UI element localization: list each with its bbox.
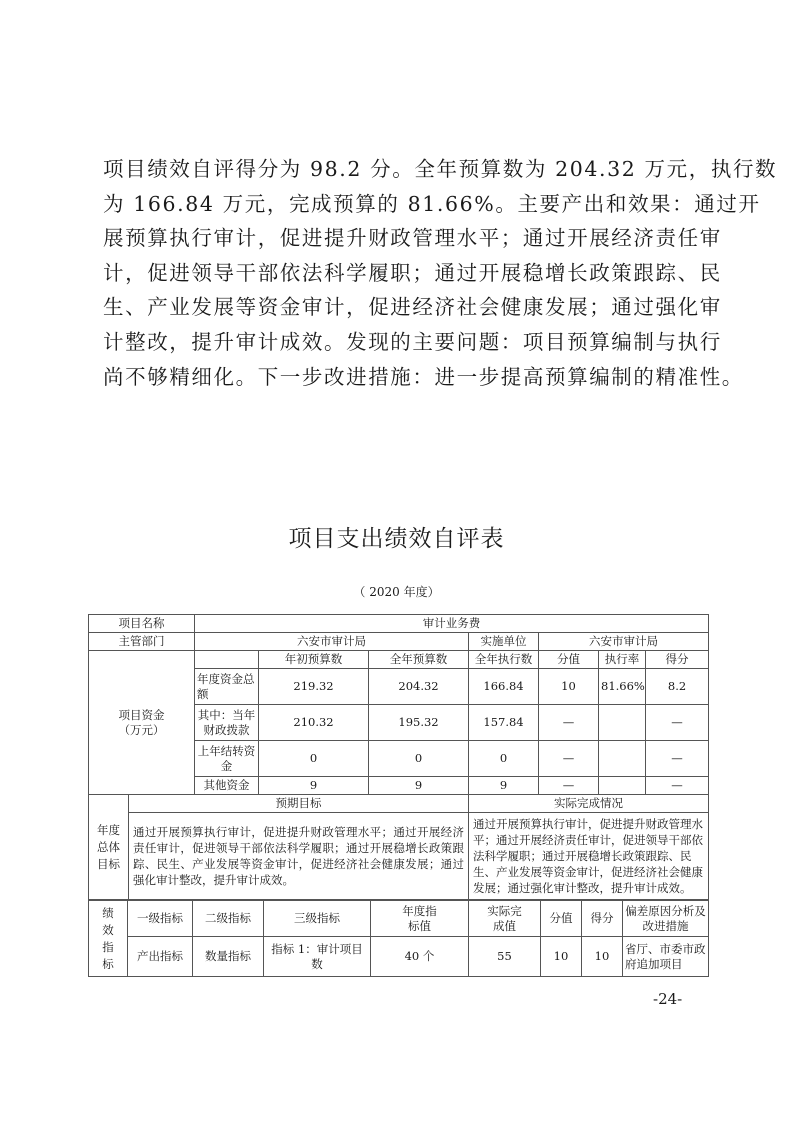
indicator-header: 分值	[541, 901, 582, 937]
fund-score-value: —	[539, 741, 599, 777]
actual-label: 实际完成情况	[469, 795, 709, 813]
indicator-level2: 数量指标	[193, 937, 264, 977]
indicator-note: 省厅、市委市政府追加项目	[623, 937, 709, 977]
fund-annual: 204.32	[369, 669, 469, 705]
fund-score: —	[646, 705, 709, 741]
summary-line: 计，促进领导干部依法科学履职；通过开展稳增长政策跟踪、民	[103, 256, 699, 291]
indicator-header: 二级指标	[193, 901, 264, 937]
fund-score: 8.2	[646, 669, 709, 705]
summary-line: 计整改，提升审计成效。发现的主要问题：项目预算编制与执行	[103, 325, 699, 360]
fund-row-label: 其中：当年财政拨款	[195, 705, 259, 741]
indicator-table: 绩效指标 一级指标 二级指标 三级指标 年度指标值 实际完成值 分值 得分 偏差…	[88, 900, 709, 977]
fund-executed: 9	[469, 777, 539, 795]
dept-value: 六安市审计局	[195, 633, 469, 651]
project-name-value: 审计业务费	[195, 615, 709, 633]
indicator-level3: 指标 1：审计项目数	[264, 937, 371, 977]
page-number: -24-	[653, 990, 682, 1008]
indicator-row: 产出指标 数量指标 指标 1：审计项目数 40 个 55 10 10 省厅、市委…	[89, 937, 709, 977]
fund-annual: 9	[369, 777, 469, 795]
self-evaluation-table: 项目名称 审计业务费 主管部门 六安市审计局 实施单位 六安市审计局 项目资金 …	[88, 614, 709, 900]
fund-executed: 0	[469, 741, 539, 777]
impl-value: 六安市审计局	[539, 633, 709, 651]
project-name-label: 项目名称	[89, 615, 195, 633]
summary-line: 为 166.84 万元，完成预算的 81.66%。主要产出和效果：通过开	[103, 187, 699, 222]
form-year: （ 2020 年度）	[0, 583, 793, 600]
indicator-header: 实际完成值	[469, 901, 541, 937]
fund-row-label: 其他资金	[195, 777, 259, 795]
summary-line: 尚不够精细化。下一步改进措施：进一步提高预算编制的精准性。	[103, 360, 699, 395]
fund-score-value: —	[539, 705, 599, 741]
fund-header: 分值	[539, 651, 599, 669]
fund-header-blank	[195, 651, 259, 669]
summary-line: 展预算执行审计，促进提升财政管理水平；通过开展经济责任审	[103, 221, 699, 256]
fund-header: 年初预算数	[259, 651, 369, 669]
indicator-label: 绩效指标	[89, 901, 128, 977]
fund-score: —	[646, 777, 709, 795]
fund-rate	[599, 741, 646, 777]
fund-rate: 81.66%	[599, 669, 646, 705]
fund-score: —	[646, 741, 709, 777]
indicator-header: 三级指标	[264, 901, 371, 937]
fund-initial: 219.32	[259, 669, 369, 705]
form-title: 项目支出绩效自评表	[0, 520, 793, 553]
fund-initial: 9	[259, 777, 369, 795]
summary-paragraph: 项目绩效自评得分为 98.2 分。全年预算数为 204.32 万元，执行数 为 …	[103, 152, 699, 394]
indicator-score-value: 10	[541, 937, 582, 977]
indicator-score: 10	[582, 937, 623, 977]
fund-rate	[599, 777, 646, 795]
fund-header: 全年执行数	[469, 651, 539, 669]
expected-text: 通过开展预算执行审计，促进提升财政管理水平；通过开展经济责任审计，促进领导干部依…	[129, 813, 469, 900]
expected-label: 预期目标	[129, 795, 469, 813]
indicator-header: 得分	[582, 901, 623, 937]
indicator-header: 一级指标	[128, 901, 193, 937]
actual-text: 通过开展预算执行审计，促进提升财政管理水平；通过开展经济责任审计，促进领导干部依…	[469, 813, 709, 900]
fund-header: 执行率	[599, 651, 646, 669]
fund-header: 全年预算数	[369, 651, 469, 669]
funds-label: 项目资金 （万元）	[89, 651, 195, 795]
indicator-level1: 产出指标	[128, 937, 193, 977]
fund-initial: 210.32	[259, 705, 369, 741]
funds-label-line2: （万元）	[91, 723, 192, 738]
summary-line: 项目绩效自评得分为 98.2 分。全年预算数为 204.32 万元，执行数	[103, 152, 699, 187]
fund-executed: 166.84	[469, 669, 539, 705]
funds-label-line1: 项目资金	[91, 708, 192, 723]
fund-row-label: 上年结转资金	[195, 741, 259, 777]
indicator-actual: 55	[469, 937, 541, 977]
summary-line: 生、产业发展等资金审计，促进经济社会健康发展；通过强化审	[103, 290, 699, 325]
fund-header: 得分	[646, 651, 709, 669]
fund-score-value: —	[539, 777, 599, 795]
fund-annual: 195.32	[369, 705, 469, 741]
indicator-header: 年度指标值	[371, 901, 469, 937]
impl-label: 实施单位	[469, 633, 539, 651]
goal-label: 年度总体目标	[89, 795, 129, 900]
fund-row-label: 年度资金总额	[195, 669, 259, 705]
fund-initial: 0	[259, 741, 369, 777]
fund-annual: 0	[369, 741, 469, 777]
indicator-header: 偏差原因分析及改进措施	[623, 901, 709, 937]
fund-executed: 157.84	[469, 705, 539, 741]
indicator-target: 40 个	[371, 937, 469, 977]
dept-label: 主管部门	[89, 633, 195, 651]
fund-score-value: 10	[539, 669, 599, 705]
fund-rate	[599, 705, 646, 741]
